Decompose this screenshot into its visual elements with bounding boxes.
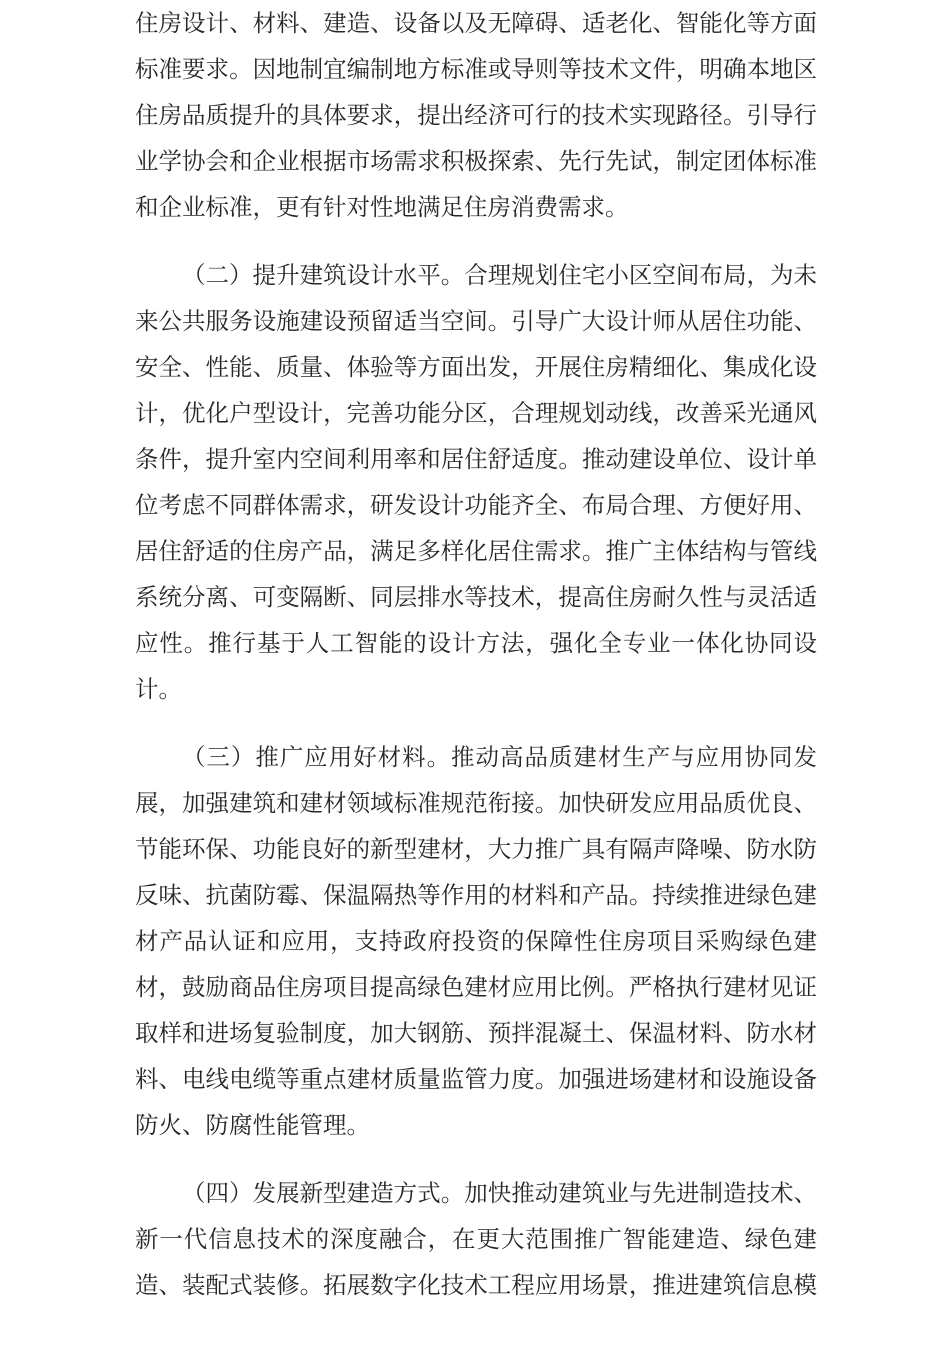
text-line: 计，优化户型设计，完善功能分区，合理规划动线，改善采光通风 <box>135 390 817 436</box>
text-line: 居住舒适的住房产品，满足多样化居住需求。推广主体结构与管线 <box>135 528 817 574</box>
text-line: 新一代信息技术的深度融合，在更大范围推广智能建造、绿色建 <box>135 1216 817 1262</box>
text-line: 计。 <box>135 666 817 712</box>
text-line: 标准要求。因地制宜编制地方标准或导则等技术文件，明确本地区 <box>135 46 817 92</box>
paragraph-standards-continuation: 住房设计、材料、建造、设备以及无障碍、适老化、智能化等方面 标准要求。因地制宜编… <box>135 0 817 230</box>
text-line: 安全、性能、质量、体验等方面出发，开展住房精细化、集成化设 <box>135 344 817 390</box>
text-line: 和企业标准，更有针对性地满足住房消费需求。 <box>135 184 817 230</box>
text-line: 材产品认证和应用，支持政府投资的保障性住房项目采购绿色建 <box>135 918 817 964</box>
text-line: 来公共服务设施建设预留适当空间。引导广大设计师从居住功能、 <box>135 298 817 344</box>
text-line-section-heading: （三）推广应用好材料。推动高品质建材生产与应用协同发 <box>135 734 817 780</box>
text-line: 取样和进场复验制度，加大钢筋、预拌混凝土、保温材料、防水材 <box>135 1010 817 1056</box>
text-line: 节能环保、功能良好的新型建材，大力推广具有隔声降噪、防水防 <box>135 826 817 872</box>
text-line: 应性。推行基于人工智能的设计方法，强化全专业一体化协同设 <box>135 620 817 666</box>
paragraph-architectural-design: （二）提升建筑设计水平。合理规划住宅小区空间布局，为未 来公共服务设施建设预留适… <box>135 252 817 712</box>
text-line-section-heading: （四）发展新型建造方式。加快推动建筑业与先进制造技术、 <box>135 1170 817 1216</box>
text-line: 造、装配式装修。拓展数字化技术工程应用场景，推进建筑信息模 <box>135 1262 817 1308</box>
text-line: 条件，提升室内空间利用率和居住舒适度。推动建设单位、设计单 <box>135 436 817 482</box>
text-line: 位考虑不同群体需求，研发设计功能齐全、布局合理、方便好用、 <box>135 482 817 528</box>
text-line: 业学协会和企业根据市场需求积极探索、先行先试，制定团体标准 <box>135 138 817 184</box>
text-line: 展，加强建筑和建材领域标准规范衔接。加快研发应用品质优良、 <box>135 780 817 826</box>
paragraph-construction-methods: （四）发展新型建造方式。加快推动建筑业与先进制造技术、 新一代信息技术的深度融合… <box>135 1170 817 1308</box>
text-line: 反味、抗菌防霉、保温隔热等作用的材料和产品。持续推进绿色建 <box>135 872 817 918</box>
text-line: 材，鼓励商品住房项目提高绿色建材应用比例。严格执行建材见证 <box>135 964 817 1010</box>
text-line: 住房品质提升的具体要求，提出经济可行的技术实现路径。引导行 <box>135 92 817 138</box>
document-page: 住房设计、材料、建造、设备以及无障碍、适老化、智能化等方面 标准要求。因地制宜编… <box>135 0 817 1330</box>
text-line: 系统分离、可变隔断、同层排水等技术，提高住房耐久性与灵活适 <box>135 574 817 620</box>
text-line: 住房设计、材料、建造、设备以及无障碍、适老化、智能化等方面 <box>135 0 817 46</box>
paragraph-building-materials: （三）推广应用好材料。推动高品质建材生产与应用协同发 展，加强建筑和建材领域标准… <box>135 734 817 1148</box>
text-line-section-heading: （二）提升建筑设计水平。合理规划住宅小区空间布局，为未 <box>135 252 817 298</box>
text-line: 防火、防腐性能管理。 <box>135 1102 817 1148</box>
text-line: 料、电线电缆等重点建材质量监管力度。加强进场建材和设施设备 <box>135 1056 817 1102</box>
